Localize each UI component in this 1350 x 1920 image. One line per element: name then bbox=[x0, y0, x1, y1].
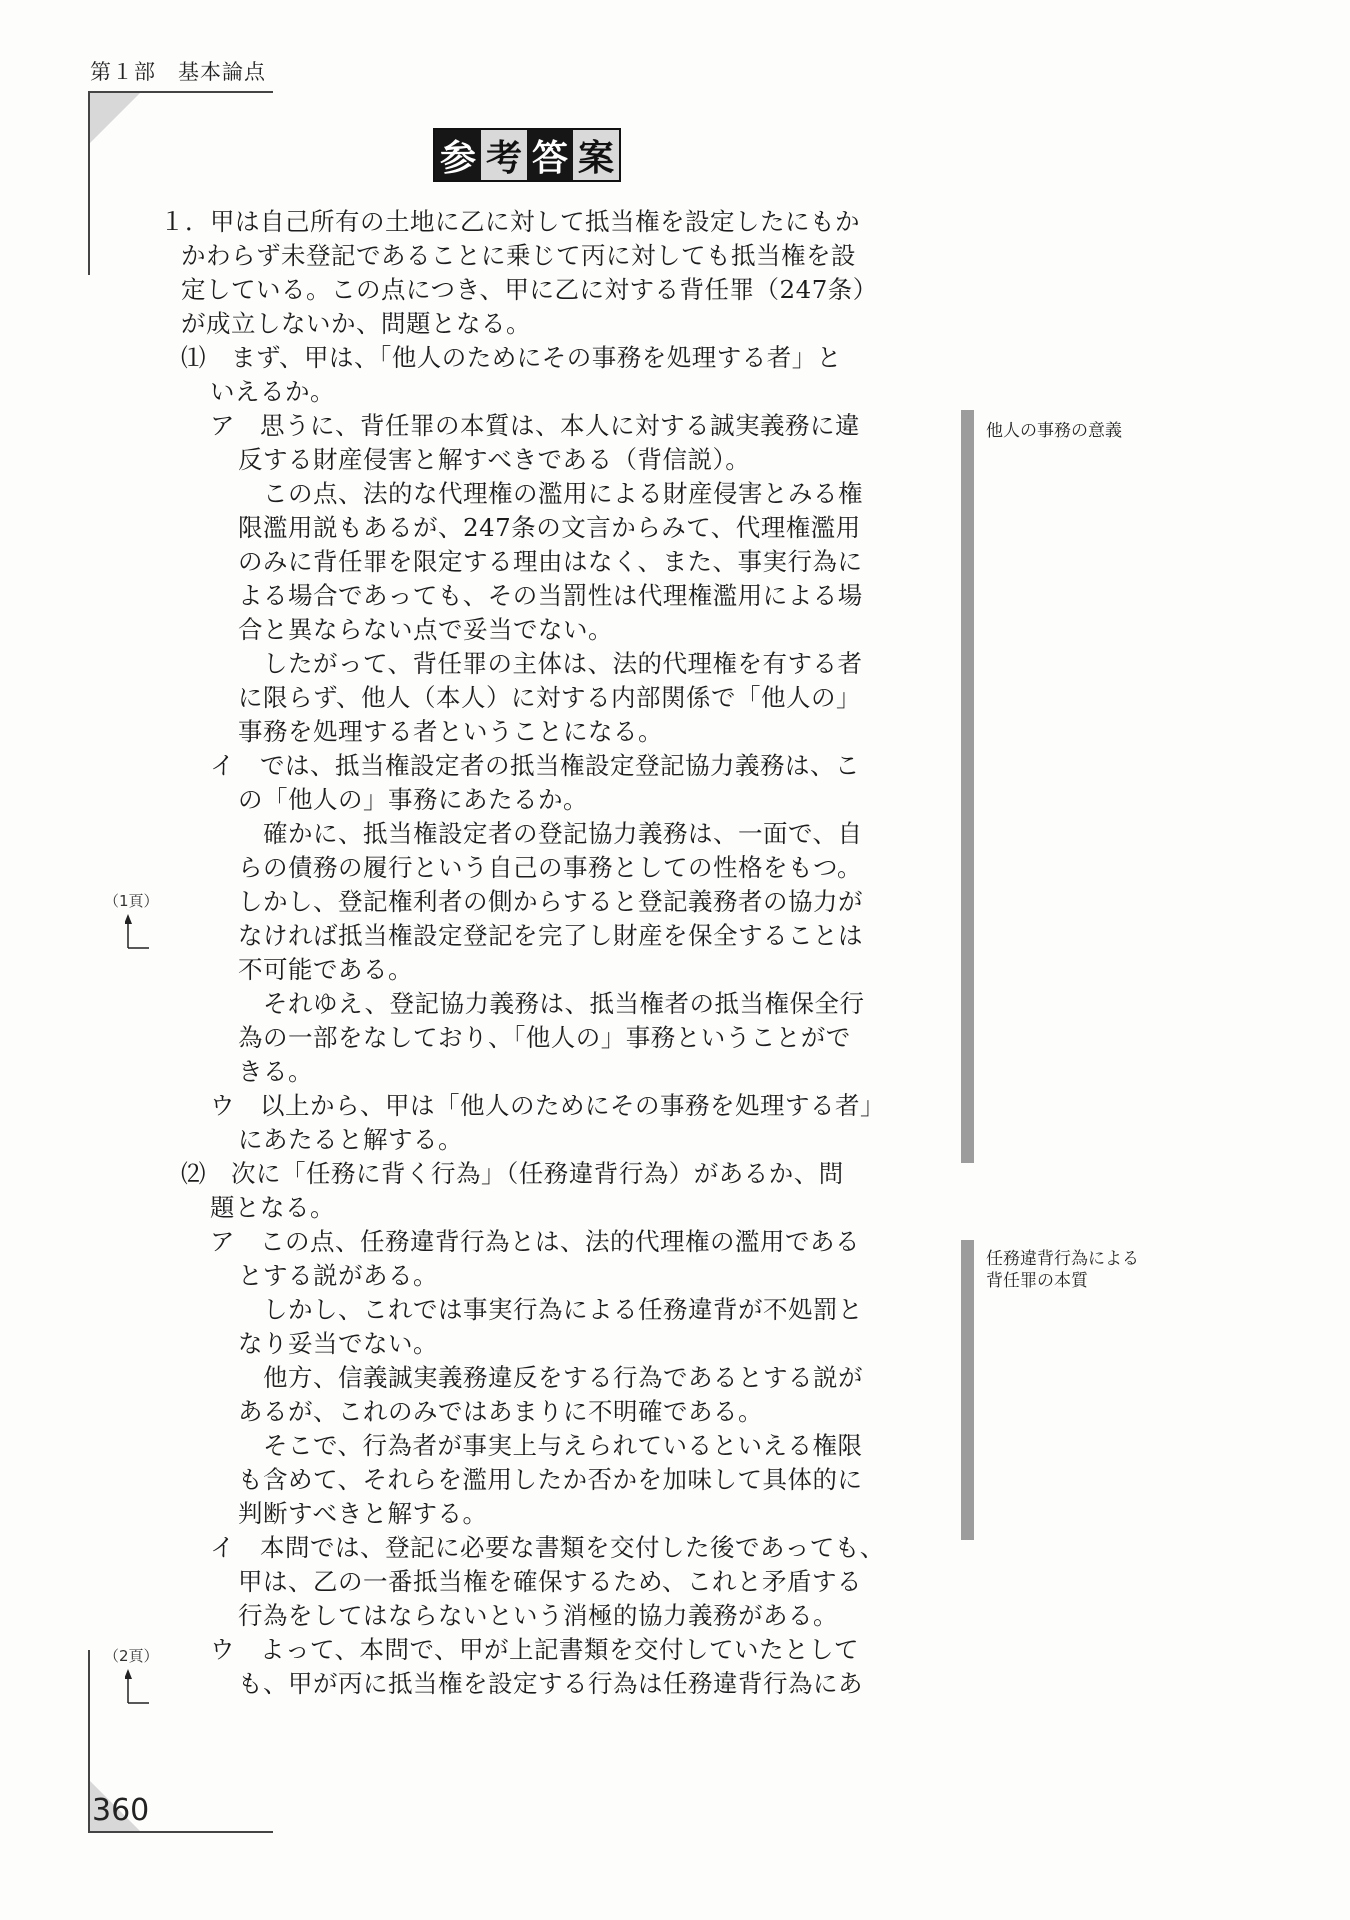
title-char: 考 bbox=[481, 130, 527, 180]
page-header-title: 第１部 基本論点 bbox=[90, 56, 266, 86]
side-note-text: 他人の事務の意義 bbox=[986, 421, 1122, 441]
text-line: 事務を処理する者ということになる。 bbox=[238, 715, 663, 749]
margin-bar-1 bbox=[961, 410, 974, 1163]
title-char: 答 bbox=[527, 130, 573, 180]
text-line: ア 思うに、背任罪の本質は、本人に対する誠実義務に違 bbox=[210, 409, 860, 443]
text-line: 他方、信義誠実義務違反をする行為であるとする説が bbox=[238, 1361, 863, 1395]
text-line: 限濫用説もあるが、247条の文言からみて、代理権濫用 bbox=[238, 511, 861, 545]
text-line: この点、法的な代理権の濫用による財産侵害とみる権 bbox=[238, 477, 863, 511]
text-line: らの債務の履行という自己の事務としての性格をもつ。 bbox=[238, 851, 862, 885]
text-line: に限らず、他人（本人）に対する内部関係で「他人の」 bbox=[238, 681, 861, 715]
text-line: 合と異ならない点で妥当でない。 bbox=[238, 613, 613, 647]
text-line: 不可能である。 bbox=[238, 953, 413, 987]
text-line: ⑵ 次に「任務に背く行為」（任務違背行為）があるか、問 bbox=[181, 1157, 844, 1191]
text-line: の「他人の」事務にあたるか。 bbox=[238, 783, 588, 817]
page-ref-2: （2頁） bbox=[104, 1645, 159, 1666]
text-line: 定している。この点につき、甲に乙に対する背任罪（247条） bbox=[181, 273, 878, 307]
text-line: きる。 bbox=[238, 1055, 313, 1089]
up-arrow-icon bbox=[125, 1665, 149, 1705]
text-line: かわらず未登記であることに乗じて丙に対しても抵当権を設 bbox=[181, 239, 856, 273]
text-line: も、甲が丙に抵当権を設定する行為は任務違背行為にあ bbox=[238, 1667, 863, 1701]
text-line: イ 本問では、登記に必要な書類を交付した後であっても、 bbox=[210, 1531, 885, 1565]
side-note-2: 任務違背行為による 背任罪の本質 bbox=[986, 1248, 1139, 1292]
text-line: 行為をしてはならないという消極的協力義務がある。 bbox=[238, 1599, 838, 1633]
section-title-box: 参 考 答 案 bbox=[433, 128, 621, 182]
text-line: とする説がある。 bbox=[238, 1259, 438, 1293]
side-note-1: 他人の事務の意義 bbox=[986, 420, 1122, 442]
text-line: よる場合であっても、その当罰性は代理権濫用による場 bbox=[238, 579, 863, 613]
text-line: ⑴ まず、甲は、「他人のためにその事務を処理する者」と bbox=[181, 341, 842, 375]
title-char: 参 bbox=[435, 130, 481, 180]
margin-bar-2 bbox=[961, 1240, 974, 1540]
frame-bottom-rule bbox=[88, 1831, 273, 1833]
text-line: あるが、これのみではあまりに不明確である。 bbox=[238, 1395, 763, 1429]
text-line: なければ抵当権設定登記を完了し財産を保全することは bbox=[238, 919, 863, 953]
text-line: 反する財産侵害と解すべきである（背信説）。 bbox=[238, 443, 750, 477]
text-line: 甲は、乙の一番抵当権を確保するため、これと矛盾する bbox=[238, 1565, 862, 1599]
corner-triangle-top bbox=[90, 93, 140, 143]
text-line: 確かに、抵当権設定者の登記協力義務は、一面で、自 bbox=[238, 817, 863, 851]
text-line: それゆえ、登記協力義務は、抵当権者の抵当権保全行 bbox=[238, 987, 864, 1021]
text-line: そこで、行為者が事実上与えられているといえる権限 bbox=[238, 1429, 863, 1463]
text-line: が成立しないか、問題となる。 bbox=[181, 307, 531, 341]
page-ref-1: （1頁） bbox=[104, 890, 159, 911]
text-line: ウ よって、本問で、甲が上記書類を交付していたとして bbox=[210, 1633, 859, 1667]
text-line: ウ 以上から、甲は「他人のためにその事務を処理する者」 bbox=[210, 1089, 885, 1123]
text-line: も含めて、それらを濫用したか否かを加味して具体的に bbox=[238, 1463, 863, 1497]
text-line: いえるか。 bbox=[210, 375, 335, 409]
side-note-line: 任務違背行為による bbox=[986, 1248, 1139, 1270]
text-line: 判断すべきと解する。 bbox=[238, 1497, 488, 1531]
text-line: イ では、抵当権設定者の抵当権設定登記協力義務は、こ bbox=[210, 749, 860, 783]
text-line: にあたると解する。 bbox=[238, 1123, 463, 1157]
side-note-line: 背任罪の本質 bbox=[986, 1270, 1139, 1292]
text-line: したがって、背任罪の主体は、法的代理権を有する者 bbox=[238, 647, 863, 681]
text-line: のみに背任罪を限定する理由はなく、また、事実行為に bbox=[238, 545, 863, 579]
text-line: 題となる。 bbox=[210, 1191, 335, 1225]
title-char: 案 bbox=[573, 130, 619, 180]
text-line: １．甲は自己所有の土地に乙に対して抵当権を設定したにもか bbox=[160, 205, 860, 239]
text-line: 為の一部をなしており、「他人の」事務ということがで bbox=[238, 1021, 851, 1055]
text-line: しかし、これでは事実行為による任務違背が不処罰と bbox=[238, 1293, 863, 1327]
up-arrow-icon bbox=[125, 910, 149, 950]
page-number: 360 bbox=[92, 1793, 149, 1828]
text-line: ア この点、任務違背行為とは、法的代理権の濫用である bbox=[210, 1225, 860, 1259]
text-line: なり妥当でない。 bbox=[238, 1327, 438, 1361]
text-line: しかし、登記権利者の側からすると登記義務者の協力が bbox=[238, 885, 863, 919]
